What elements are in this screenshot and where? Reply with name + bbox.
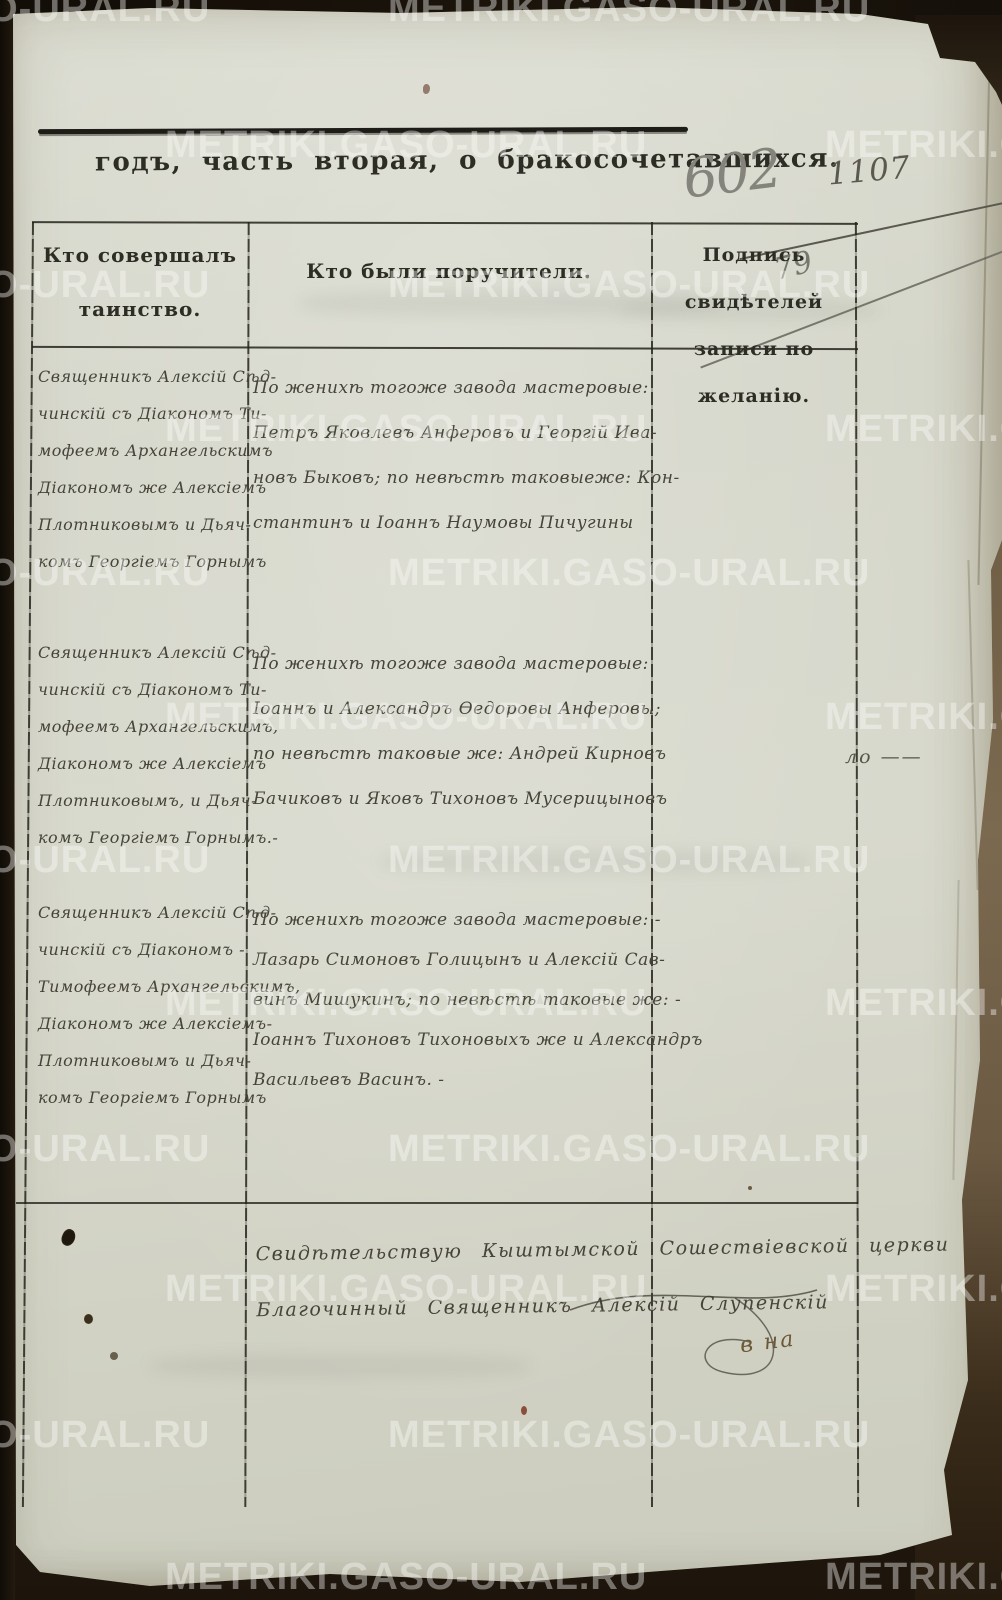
text-line: Діакономъ же Алексіемъ	[38, 745, 253, 782]
page-title: годъ, часть вторая, о бракосочетавшихся.	[95, 144, 675, 177]
text-line: По женихѣ тогоже завода мастеровые:	[253, 366, 663, 411]
paper-crease	[977, 55, 990, 585]
page-number-struck: 1107	[826, 69, 1002, 192]
text-line: винъ Мишукинъ; по невѣстѣ таковые же: -	[253, 980, 663, 1020]
text-line: чинскій съ Діакономъ Ти-	[38, 671, 253, 708]
text-line: мофеемъ Архангельскимъ,	[38, 708, 253, 745]
text-line: Петръ Яковлевъ Анферовъ и Георгій Ива-	[253, 411, 663, 456]
text-line: чинскій съ Діакономъ Ти-	[38, 395, 253, 432]
archive-number-pencil: 602	[680, 136, 784, 210]
text-line: Бачиковъ и Яковъ Тихоновъ Мусерицыновъ	[253, 777, 663, 822]
text-line: Священникъ Алексій Сѣд-	[38, 634, 253, 671]
text-line: Лазарь Симоновъ Голицынъ и Алексій Сав-	[253, 940, 663, 980]
text-line: Іоаннъ Тихоновъ Тихоновыхъ же и Александ…	[253, 1020, 663, 1060]
bleed-through-stain	[150, 1355, 530, 1377]
entry-3-officiant-text: Священникъ Алексій Сѣд-чинскій съ Діакон…	[38, 894, 253, 1116]
text-line: комъ Георгіемъ Горнымъ	[38, 543, 253, 580]
text-line: Плотниковымъ и Дьяч-	[38, 506, 253, 543]
text-line: Кто совершалъ	[36, 228, 244, 282]
text-line: Плотниковымъ, и Дьяч-	[38, 782, 253, 819]
stain-speck	[521, 1406, 527, 1415]
bleed-through-stain	[380, 850, 810, 874]
table-left-border	[22, 222, 34, 1507]
entry-3-guarantors-text: По женихѣ тогоже завода мастеровые: -Лаз…	[253, 900, 663, 1100]
text-line: Плотниковымъ и Дьяч-	[38, 1042, 253, 1079]
text-line: новъ Быковъ; по невѣстѣ таковыеже: Кон-	[253, 456, 663, 501]
text-line: Подпись свидѣтелей	[655, 232, 853, 326]
attestation-row-border	[16, 1202, 858, 1204]
column-header-witness-signatures: Подпись свидѣтелейзаписи по желанію.	[655, 232, 853, 420]
text-line: Іоаннъ и Александръ Ѳедоровы Анферовы;	[253, 687, 663, 732]
entry-2-guarantors-text: По женихѣ тогоже завода мастеровые:Іоанн…	[253, 642, 663, 822]
column-header-guarantors: Кто были поручители.	[250, 256, 648, 286]
text-line: мофеемъ Архангельскимъ	[38, 432, 253, 469]
stain-speck	[423, 84, 430, 94]
stain-speck	[748, 1186, 752, 1190]
text-line: Священникъ Алексій Сѣд-	[38, 358, 253, 395]
worm-hole	[84, 1314, 93, 1324]
text-line: Священникъ Алексій Сѣд-	[38, 894, 253, 931]
title-rule	[38, 127, 688, 134]
text-line: таинство.	[36, 282, 244, 336]
entry-2-officiant-text: Священникъ Алексій Сѣд-чинскій съ Діакон…	[38, 634, 253, 856]
text-line: чинскій съ Діакономъ -	[38, 931, 253, 968]
text-line: Тимофеемъ Архангельскимъ,	[38, 968, 253, 1005]
margin-mark: ло ——	[845, 746, 923, 768]
text-line: комъ Георгіемъ Горнымъ	[38, 1079, 253, 1116]
text-line: По женихѣ тогоже завода мастеровые: -	[253, 900, 663, 940]
text-line: комъ Георгіемъ Горнымъ.-	[38, 819, 253, 856]
column-header-officiant: Кто совершалътаинство.	[36, 228, 244, 336]
text-line: По женихѣ тогоже завода мастеровые:	[253, 642, 663, 687]
text-line: записи по желанію.	[655, 326, 853, 420]
text-line: стантинъ и Іоаннъ Наумовы Пичугины	[253, 501, 663, 546]
binding-gutter-shadow	[0, 0, 15, 1600]
text-line: Діакономъ же Алексіемъ-	[38, 1005, 253, 1042]
table-top-border	[32, 221, 858, 225]
text-line: Діакономъ же Алексіемъ	[38, 469, 253, 506]
signature-flourish	[545, 1268, 845, 1408]
entry-1-guarantors-text: По женихѣ тогоже завода мастеровые:Петръ…	[253, 366, 663, 546]
entry-1-officiant-text: Священникъ Алексій Сѣд-чинскій съ Діакон…	[38, 358, 253, 580]
stain-speck	[110, 1352, 118, 1360]
paper-sheet: годъ, часть вторая, о бракосочетавшихся.…	[0, 0, 1002, 1600]
worm-hole	[59, 1227, 78, 1248]
text-line: по невѣстѣ таковые же: Андрей Кирновъ	[253, 732, 663, 777]
paper-crease	[952, 880, 959, 1180]
text-line: Васильевъ Васинъ. -	[253, 1060, 663, 1100]
paper-crease	[967, 560, 978, 890]
